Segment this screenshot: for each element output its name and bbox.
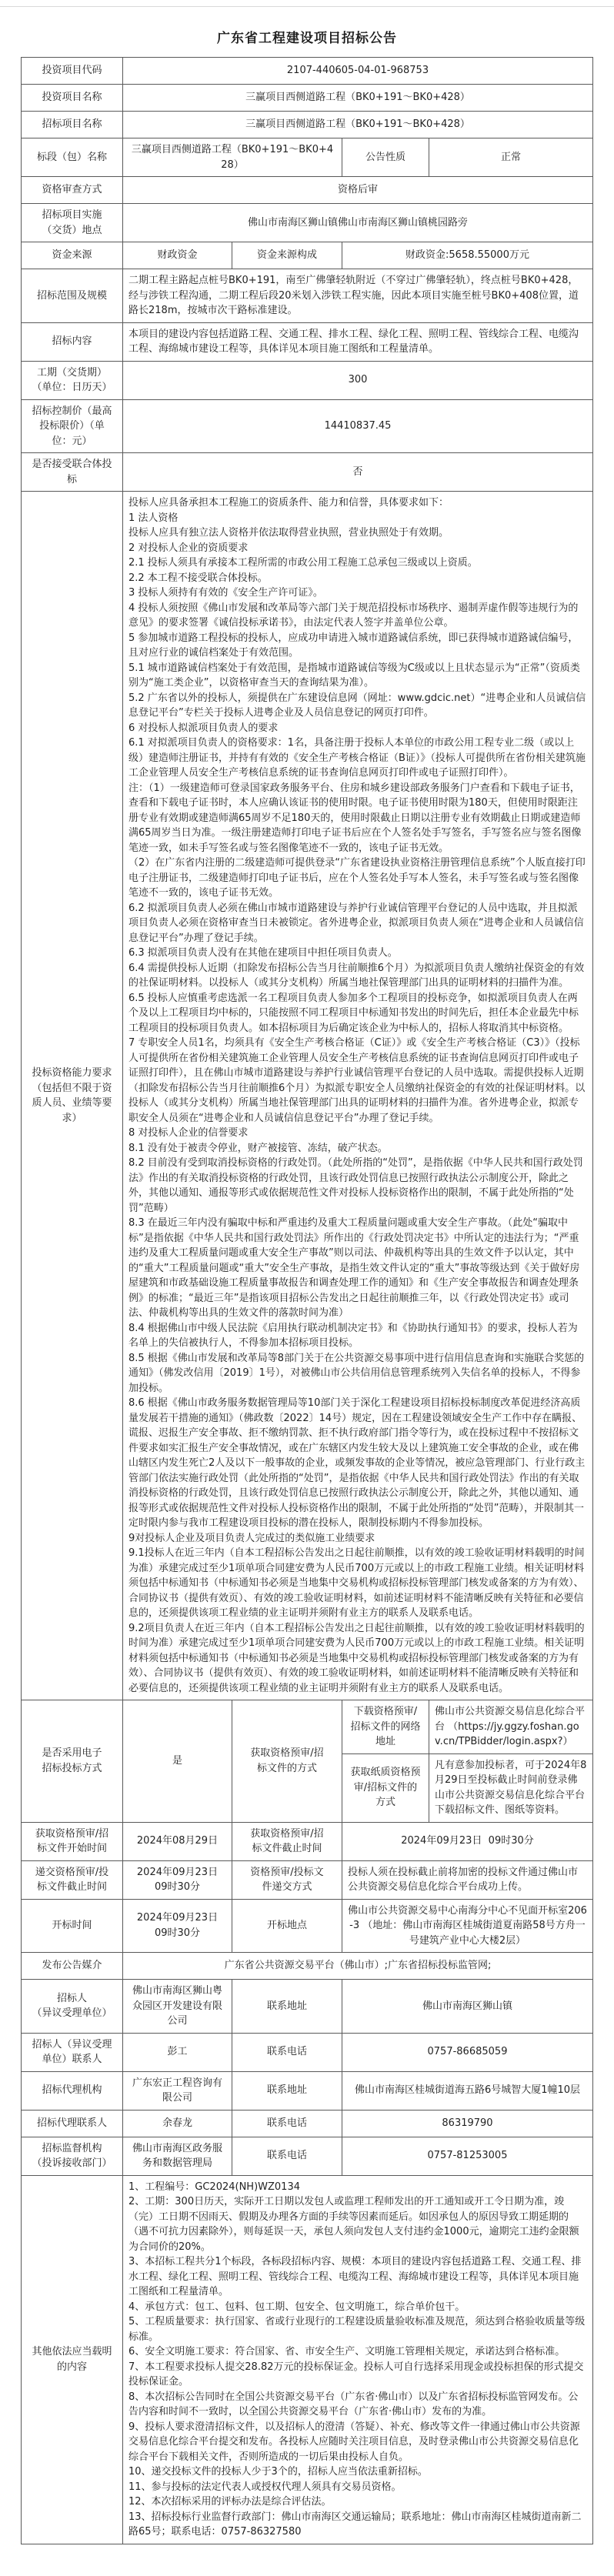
table-row: 是否采用电子 招标投标方式 是 获取资格预审/招 标文件的方式 下载资格预审/ … (22, 1700, 593, 1754)
bid-opening-time-label: 开标时间 (22, 1899, 123, 1953)
tenderer-phone-label: 联系电话 (232, 2033, 342, 2071)
tenderer-contact-label: 招标人（异议受理 单位）联系人 (22, 2033, 123, 2071)
document-deadline-label: 获取资格预审/招 标文件截止时间 (232, 1822, 342, 1860)
agency-phone-value: 86319790 (342, 2110, 593, 2137)
table-row: 投资项目代码 2107-440605-04-01-968753 (22, 58, 593, 85)
table-row: 递交资格预审/投 标文件截止时间 2024年09月23日 09时30分 资格预审… (22, 1860, 593, 1899)
announcement-table: 投资项目代码 2107-440605-04-01-968753 投资项目名称 三… (21, 57, 593, 2544)
tenderer-contact-value: 彭工 (123, 2033, 232, 2071)
tender-content-value: 本项目的建设内容包括道路工程、交通工程、排水工程、绿化工程、照明工程、管线综合工… (123, 322, 593, 361)
supervisor-phone-value: 0757-81253005 (342, 2137, 593, 2175)
funding-source-label: 资金来源 (22, 242, 123, 269)
table-row: 招标代理机构 广东宏正工程咨询有限公司 联系地址 佛山市南海区桂城街道海五路6号… (22, 2071, 593, 2110)
paper-document-method-label: 获取纸质资格预 审/招标文件的 方式 (342, 1753, 429, 1822)
tender-name-label: 招标项目名称 (22, 112, 123, 138)
agency-value: 广东宏正工程咨询有限公司 (123, 2071, 232, 2110)
project-code-value: 2107-440605-04-01-968753 (123, 58, 593, 85)
table-row: 招标项目实施 （交货）地点 佛山市南海区狮山镇佛山市南海区狮山镇桃园路旁 (22, 204, 593, 242)
bid-opening-time-value: 2024年09月23日 09时30分 (123, 1899, 232, 1953)
page-title: 广东省工程建设项目招标公告 (0, 27, 614, 46)
section-name-label: 标段（包）名称 (22, 138, 123, 177)
scope-value: 二期工程主路起点桩号BK0+191，南至广佛肇轻轨附近（不穿过广佛肇轻轨），终点… (123, 269, 593, 323)
table-row: 是否接受联合体投 标 否 (22, 453, 593, 492)
other-content-value: 1、工程编号：GC2024(NH)WZ0134 2、工期：300日历天，实际开工… (123, 2175, 593, 2544)
table-row: 投资项目名称 三赢项目西侧道路工程（BK0+191～BK0+428） (22, 85, 593, 112)
table-row: 招标控制价（最高 投标限价）（单 位：元） 14410837.45 (22, 399, 593, 453)
bid-opening-place-value: 佛山市公共资源交易中心南海分中心不见面开标室206-3 （地址：佛山市南海区桂城… (342, 1899, 593, 1953)
document-deadline-value: 2024年09月23日 09时30分 (342, 1822, 593, 1860)
qualification-requirements-value: 投标人应具备承担本工程施工的资质条件、能力和信誉，具体要求如下： 1 法人资格 … (123, 492, 593, 1700)
agency-address-label: 联系地址 (232, 2071, 342, 2110)
tenderer-address-label: 联系地址 (232, 1980, 342, 2034)
investment-name-label: 投资项目名称 (22, 85, 123, 112)
tender-name-value: 三赢项目西侧道路工程（BK0+191～BK0+428） (123, 112, 593, 138)
tenderer-label: 招标人 （异议受理单位） (22, 1980, 123, 2034)
supervisor-value: 佛山市南海区政务服务和数据管理局 (123, 2137, 232, 2175)
download-url-label: 下载资格预审/ 招标文件的网络 地址 (342, 1700, 429, 1754)
download-url-value: 佛山市公共资源交易信息化综合平台 （https://jy.ggzy.foshan… (429, 1700, 593, 1754)
table-row: 获取资格预审/招 标文件开始时间 2024年08月29日 获取资格预审/招 标文… (22, 1822, 593, 1860)
agency-phone-label: 联系电话 (232, 2110, 342, 2137)
funding-source-value: 财政资金 (123, 242, 232, 269)
qualification-review-value: 资格后审 (123, 177, 593, 204)
section-name-value: 三赢项目西侧道路工程（BK0+191～BK0+428） (123, 138, 342, 177)
funding-composition-label: 资金来源构成 (232, 242, 342, 269)
supervisor-label: 招标监督机构 （投诉接收部门） (22, 2137, 123, 2175)
document-start-value: 2024年08月29日 (123, 1822, 232, 1860)
agency-contact-value: 余春龙 (123, 2110, 232, 2137)
notice-nature-label: 公告性质 (342, 138, 429, 177)
table-row: 投标资格能力要求 （包括但不限于资 质人员、业绩等要 求） 投标人应具备承担本工… (22, 492, 593, 1700)
notice-nature-value: 正常 (429, 138, 593, 177)
table-row: 资格审查方式 资格后审 (22, 177, 593, 204)
scope-label: 招标范围及规模 (22, 269, 123, 323)
table-row: 其他依法应当载明 的内容 1、工程编号：GC2024(NH)WZ0134 2、工… (22, 2175, 593, 2544)
tenderer-value: 佛山市南海区狮山粤众园区开发建设有限公司 (123, 1980, 232, 2034)
tenderer-address-value: 佛山市南海区狮山镇 (342, 1980, 593, 2034)
tender-content-label: 招标内容 (22, 322, 123, 361)
table-row: 招标内容 本项目的建设内容包括道路工程、交通工程、排水工程、绿化工程、照明工程、… (22, 322, 593, 361)
investment-name-value: 三赢项目西侧道路工程（BK0+191～BK0+428） (123, 85, 593, 112)
table-row: 工期（交货期） （单位：日历天） 300 (22, 361, 593, 399)
table-row: 资金来源 财政资金 资金来源构成 财政资金:5658.55000万元 (22, 242, 593, 269)
agency-label: 招标代理机构 (22, 2071, 123, 2110)
table-row: 发布公告媒介 广东省公共资源交易平台（佛山市）;广东省招标投标监管网; (22, 1953, 593, 1980)
agency-address-value: 佛山市南海区桂城街道海五路6号城智大厦1幢10层 (342, 2071, 593, 2110)
top-divider (0, 6, 614, 7)
agency-contact-label: 招标代理联系人 (22, 2110, 123, 2137)
duration-label: 工期（交货期） （单位：日历天） (22, 361, 123, 399)
project-code-label: 投资项目代码 (22, 58, 123, 85)
media-label: 发布公告媒介 (22, 1953, 123, 1980)
table-row: 招标范围及规模 二期工程主路起点桩号BK0+191，南至广佛肇轻轨附近（不穿过广… (22, 269, 593, 323)
table-row: 招标人（异议受理 单位）联系人 彭工 联系电话 0757-86685059 (22, 2033, 593, 2071)
paper-document-method-value: 凡有意参加投标者，可于2024年8月29日至投标截止时间前登录佛山市公共资源交易… (429, 1753, 593, 1822)
bid-opening-place-label: 开标地点 (232, 1899, 342, 1953)
qualification-requirements-label: 投标资格能力要求 （包括但不限于资 质人员、业绩等要 求） (22, 492, 123, 1700)
control-price-value: 14410837.45 (123, 399, 593, 453)
control-price-label: 招标控制价（最高 投标限价）（单 位：元） (22, 399, 123, 453)
table-row: 招标代理联系人 余春龙 联系电话 86319790 (22, 2110, 593, 2137)
location-label: 招标项目实施 （交货）地点 (22, 204, 123, 242)
location-value: 佛山市南海区狮山镇佛山市南海区狮山镇桃园路旁 (123, 204, 593, 242)
submission-deadline-value: 2024年09月23日 09时30分 (123, 1860, 232, 1899)
submission-method-label: 资格预审/投标文 件递交方式 (232, 1860, 342, 1899)
media-value: 广东省公共资源交易平台（佛山市）;广东省招标投标监管网; (123, 1953, 593, 1980)
table-row: 开标时间 2024年09月23日 09时30分 开标地点 佛山市公共资源交易中心… (22, 1899, 593, 1953)
table-row: 招标监督机构 （投诉接收部门） 佛山市南海区政务服务和数据管理局 联系电话 07… (22, 2137, 593, 2175)
submission-deadline-label: 递交资格预审/投 标文件截止时间 (22, 1860, 123, 1899)
e-bidding-label: 是否采用电子 招标投标方式 (22, 1700, 123, 1823)
other-content-label: 其他依法应当载明 的内容 (22, 2175, 123, 2544)
funding-composition-value: 财政资金:5658.55000万元 (342, 242, 593, 269)
tenderer-phone-value: 0757-86685059 (342, 2033, 593, 2071)
submission-method-value: 投标人须在投标截止前将加密的投标文件通过佛山市公共资源交易信息化综合平台成功上传… (342, 1860, 593, 1899)
table-row: 标段（包）名称 三赢项目西侧道路工程（BK0+191～BK0+428） 公告性质… (22, 138, 593, 177)
document-obtain-method-label: 获取资格预审/招 标文件的方式 (232, 1700, 342, 1823)
table-row: 招标项目名称 三赢项目西侧道路工程（BK0+191～BK0+428） (22, 112, 593, 138)
qualification-review-label: 资格审查方式 (22, 177, 123, 204)
document-start-label: 获取资格预审/招 标文件开始时间 (22, 1822, 123, 1860)
e-bidding-value: 是 (123, 1700, 232, 1823)
duration-value: 300 (123, 361, 593, 399)
consortium-label: 是否接受联合体投 标 (22, 453, 123, 492)
consortium-value: 否 (123, 453, 593, 492)
table-row: 招标人 （异议受理单位） 佛山市南海区狮山粤众园区开发建设有限公司 联系地址 佛… (22, 1980, 593, 2034)
supervisor-phone-label: 联系电话 (232, 2137, 342, 2175)
